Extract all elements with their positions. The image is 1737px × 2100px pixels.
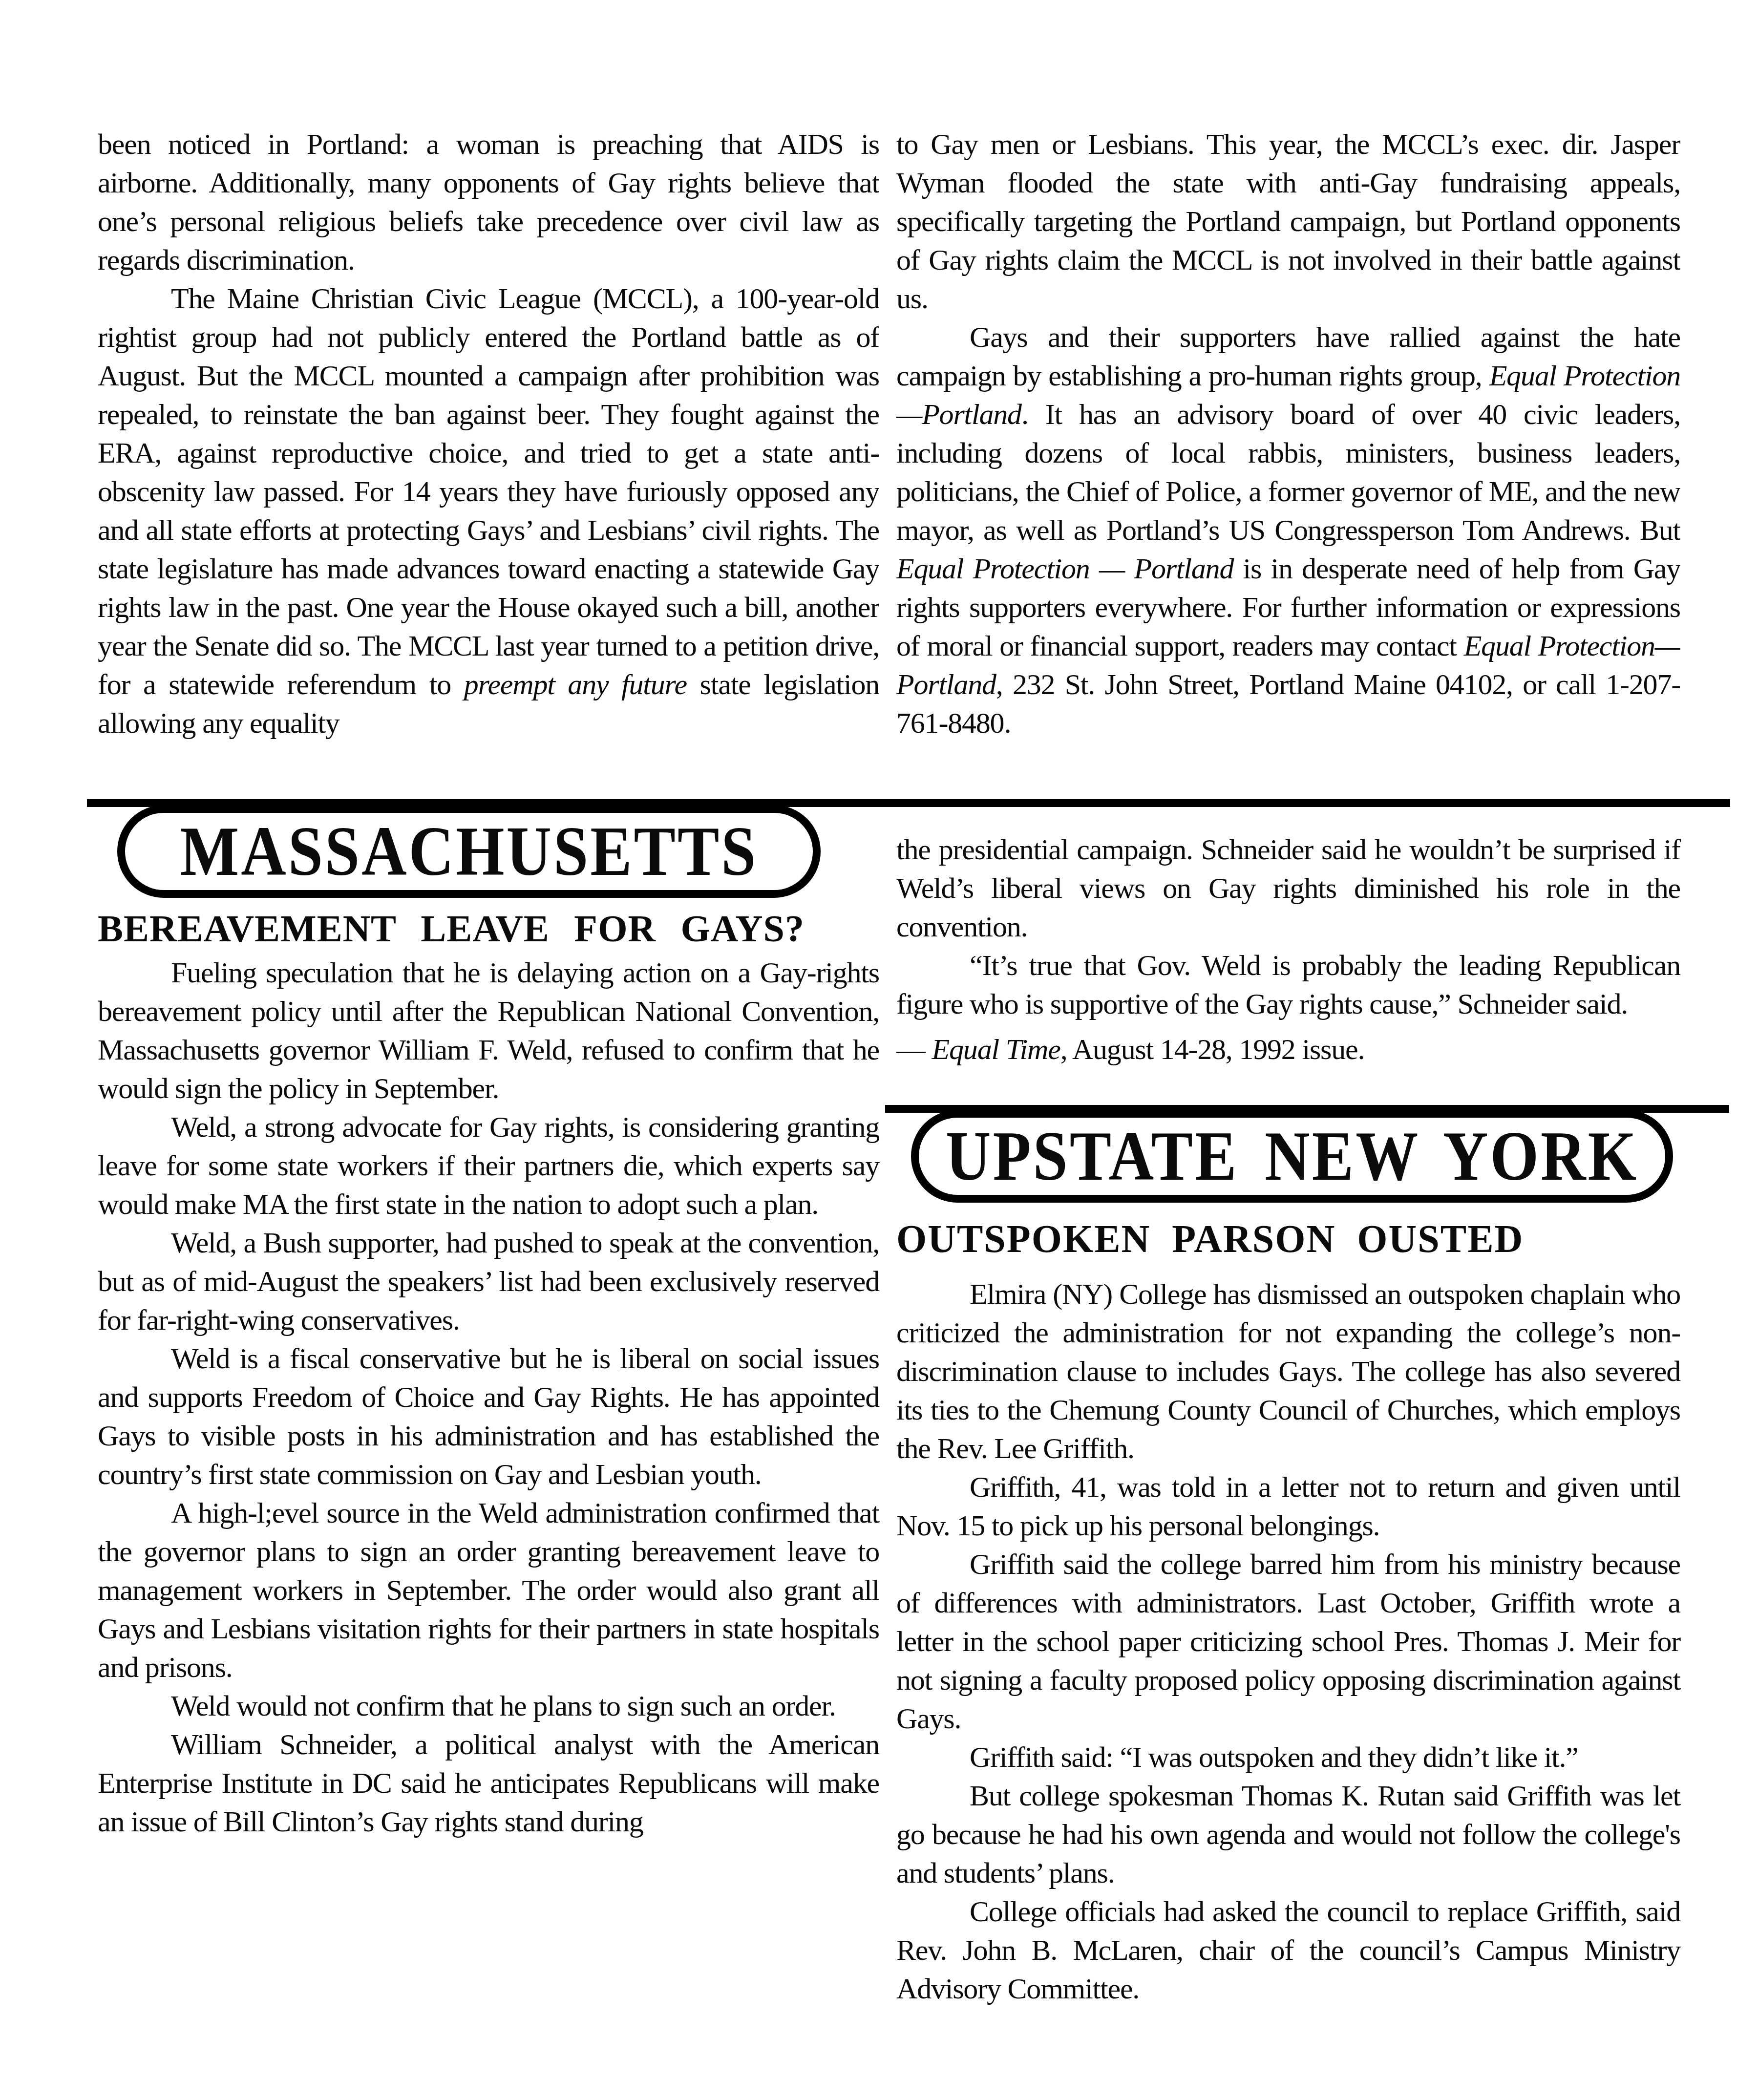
paragraph: Weld, a strong advocate for Gay rights, … <box>98 1108 879 1224</box>
paragraph: William Schneider, a political analyst w… <box>98 1725 879 1841</box>
left-column-continuation: been noticed in Portland: a woman is pre… <box>98 125 879 797</box>
upstate-section-title: UPSTATE NEW YORK <box>946 1116 1638 1197</box>
paragraph: Weld is a fiscal conservative but he is … <box>98 1339 879 1494</box>
paragraph: Elmira (NY) College has dismissed an out… <box>896 1275 1680 1468</box>
bereavement-headline: BEREAVEMENT LEAVE FOR GAYS? <box>98 907 879 951</box>
massachusetts-article-body: Fueling speculation that he is delaying … <box>98 954 879 1841</box>
paragraph: The Maine Christian Civic League (MCCL),… <box>98 279 879 742</box>
page: been noticed in Portland: a woman is pre… <box>0 0 1737 2100</box>
paragraph: the presidential campaign. Schneider sai… <box>896 830 1680 946</box>
paragraph: Griffith said: “I was outspoken and they… <box>896 1738 1680 1777</box>
schneider-continuation: the presidential campaign. Schneider sai… <box>896 830 1680 1069</box>
paragraph: College officials had asked the council … <box>896 1892 1680 2008</box>
paragraph: Griffith, 41, was told in a letter not t… <box>896 1468 1680 1545</box>
paragraph: A high-l;evel source in the Weld adminis… <box>98 1494 879 1687</box>
right-column-continuation: to Gay men or Lesbians. This year, the M… <box>896 125 1680 797</box>
paragraph: “It’s true that Gov. Weld is probably th… <box>896 946 1680 1023</box>
equal-time-attribution: — Equal Time, August 14-28, 1992 issue. <box>896 1030 1680 1069</box>
paragraph: But college spokesman Thomas K. Rutan sa… <box>896 1777 1680 1892</box>
outspoken-headline: OUTSPOKEN PARSON OUSTED <box>896 1217 1680 1262</box>
paragraph: Fueling speculation that he is delaying … <box>98 954 879 1108</box>
upstate-article-body: Elmira (NY) College has dismissed an out… <box>896 1275 1680 2008</box>
paragraph: Gays and their supporters have rallied a… <box>896 318 1680 742</box>
paragraph: Weld would not confirm that he plans to … <box>98 1687 879 1725</box>
paragraph: to Gay men or Lesbians. This year, the M… <box>896 125 1680 318</box>
upstate-section-badge: UPSTATE NEW YORK <box>911 1110 1673 1203</box>
paragraph: Weld, a Bush supporter, had pushed to sp… <box>98 1224 879 1339</box>
paragraph: Griffith said the college barred him fro… <box>896 1545 1680 1738</box>
paragraph: been noticed in Portland: a woman is pre… <box>98 125 879 279</box>
massachusetts-section-title: MASSACHUSETTS <box>180 811 758 892</box>
massachusetts-section-badge: MASSACHUSETTS <box>117 805 821 898</box>
